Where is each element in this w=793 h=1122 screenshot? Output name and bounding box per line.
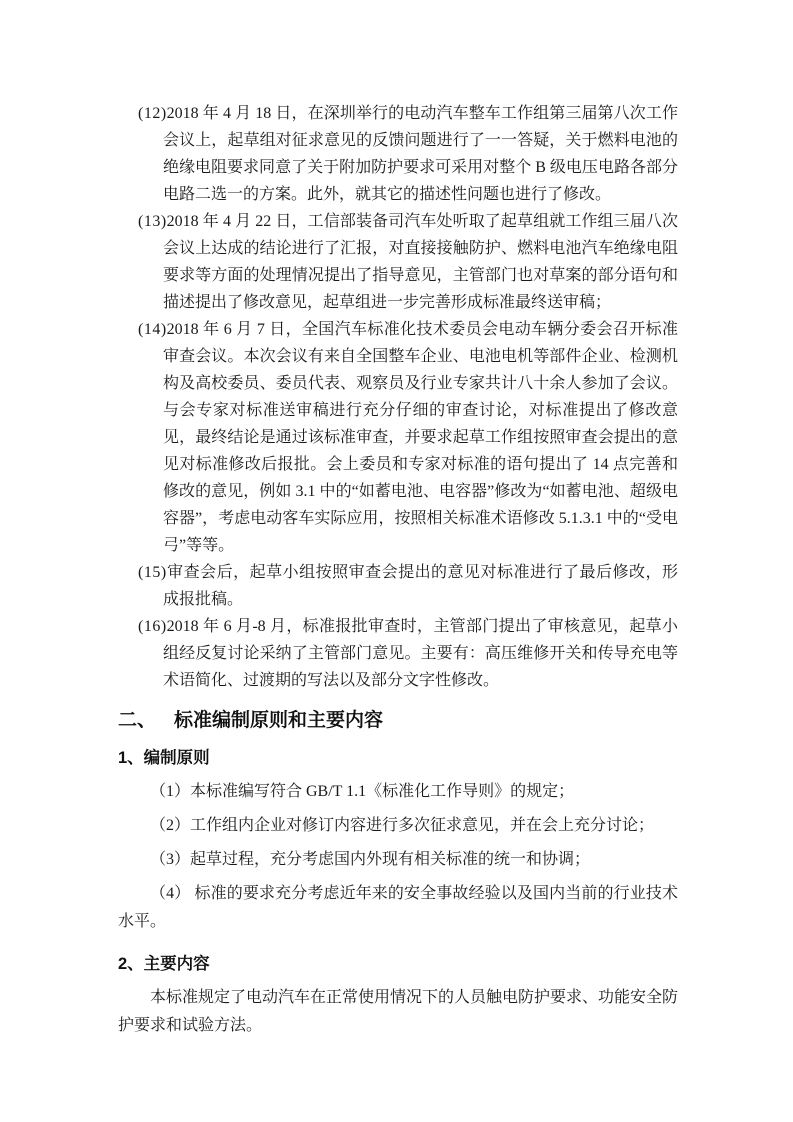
drafting-history-list: (12)2018 年 4 月 18 日，在深圳举行的电动汽车整车工作组第三届第八…: [118, 100, 678, 694]
list-item-text: 2018 年 6 月 7 日，全国汽车标准化技术委员会电动车辆分委会召开标准审查…: [163, 321, 678, 554]
list-item: (13)2018 年 4 月 22 日，工信部装备司汽车处听取了起草组就工作组三…: [118, 208, 678, 316]
principle-item: （2）工作组内企业对修订内容进行多次征求意见，并在会上充分讨论；: [118, 812, 678, 840]
principle-item: （4） 标准的要求充分考虑近年来的安全事故经验以及国内当前的行业技术水平。: [118, 880, 678, 936]
principle-item: （3）起草过程，充分考虑国内外现有相关标准的统一和协调；: [118, 846, 678, 874]
document-page: (12)2018 年 4 月 18 日，在深圳举行的电动汽车整车工作组第三届第八…: [0, 0, 793, 1122]
list-item-text: 2018 年 6 月-8 月，标准报批审查时，主管部门提出了审核意见，起草小组经…: [163, 618, 678, 689]
list-item-text: 审查会后，起草小组按照审查会提出的意见对标准进行了最后修改，形成报批稿。: [163, 564, 678, 608]
section-heading: 二、标准编制原则和主要内容: [118, 708, 678, 734]
list-item-marker: (14): [138, 321, 167, 338]
list-item-text: 2018 年 4 月 22 日，工信部装备司汽车处听取了起草组就工作组三届八次会…: [163, 213, 678, 311]
list-item-text: 2018 年 4 月 18 日，在深圳举行的电动汽车整车工作组第三届第八次工作会…: [163, 105, 678, 203]
list-item-marker: (15): [138, 564, 167, 581]
principle-item: （1）本标准编写符合 GB/T 1.1《标准化工作导则》的规定；: [118, 778, 678, 806]
section-heading-number: 二、: [118, 708, 156, 734]
list-item-marker: (13): [138, 213, 167, 230]
list-item: (15)审查会后，起草小组按照审查会提出的意见对标准进行了最后修改，形成报批稿。: [118, 559, 678, 613]
list-item: (14)2018 年 6 月 7 日，全国汽车标准化技术委员会电动车辆分委会召开…: [118, 316, 678, 559]
list-item: (16)2018 年 6 月-8 月，标准报批审查时，主管部门提出了审核意见，起…: [118, 613, 678, 694]
subsection-title-main-content: 2、主要内容: [118, 952, 678, 976]
main-content-paragraph: 本标准规定了电动汽车在正常使用情况下的人员触电防护要求、功能安全防护要求和试验方…: [118, 984, 678, 1040]
list-item-marker: (12): [138, 105, 167, 122]
subsection-title-principles: 1、编制原则: [118, 746, 678, 770]
section-heading-title: 标准编制原则和主要内容: [174, 710, 383, 731]
list-item: (12)2018 年 4 月 18 日，在深圳举行的电动汽车整车工作组第三届第八…: [118, 100, 678, 208]
list-item-marker: (16): [138, 618, 167, 635]
principles-list: （1）本标准编写符合 GB/T 1.1《标准化工作导则》的规定； （2）工作组内…: [118, 778, 678, 936]
page-content: (12)2018 年 4 月 18 日，在深圳举行的电动汽车整车工作组第三届第八…: [118, 100, 678, 1040]
